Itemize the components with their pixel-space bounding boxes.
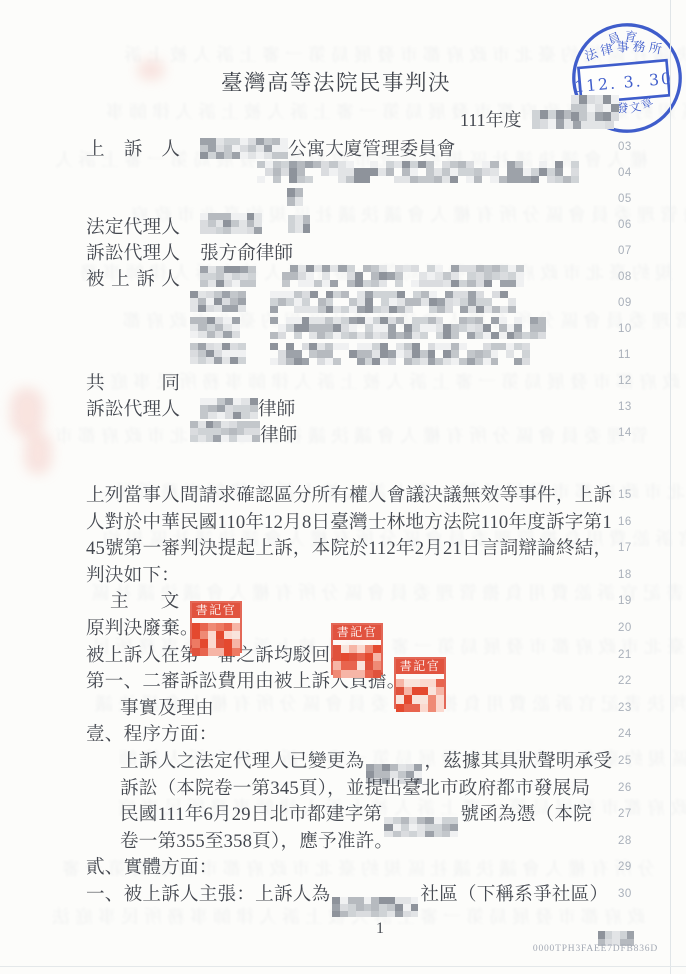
redacted-appellant-name	[200, 138, 288, 159]
party-row-legal-rep: 法定代理人	[86, 213, 310, 239]
body-line: 45號第一審判決提起上訴，本院於112年2月21日言詞辯論終結，	[86, 534, 612, 560]
line-number: 12	[618, 375, 644, 387]
lawyer-suffix: 律師	[260, 421, 297, 447]
party-row-joint-counsel2: 律師	[190, 421, 297, 447]
main-text-heading: 主 文	[86, 587, 179, 613]
line-number: 18	[618, 569, 644, 581]
redacted-address	[257, 161, 579, 183]
ink-bleed-spot	[10, 388, 44, 436]
party-role-label: 訴訟代理人	[86, 239, 180, 265]
redacted-appellee-address	[270, 317, 546, 339]
body-line: 上列當事人間請求確認區分所有權人會議決議無效等事件，上訴	[86, 481, 612, 507]
clerk-seal-stamp: 書記官	[190, 601, 242, 653]
line-number: 10	[618, 323, 644, 335]
line-number: 09	[618, 297, 644, 309]
redacted-stamp-text	[571, 95, 619, 121]
party-row-address	[257, 161, 579, 183]
party-row-joint-counsel: 訴訟代理人 律師	[86, 395, 295, 421]
redacted-clerk-name	[192, 623, 240, 656]
redacted-appellee-name	[190, 291, 246, 312]
line-number: 25	[618, 755, 644, 767]
line-number: 27	[618, 808, 644, 820]
party-role-label: 法定代理人	[86, 213, 180, 239]
ink-bleed-spot	[24, 432, 52, 474]
line-number: 04	[618, 167, 644, 179]
scan-edge-vertical	[670, 0, 671, 974]
clerk-seal-stamp: 書記官	[331, 623, 383, 675]
line-number: 29	[618, 861, 644, 873]
judgment-line: 原判決廢棄。	[86, 614, 199, 640]
body-line: 判決如下：	[86, 561, 180, 587]
clerk-seal-title: 書記官	[396, 659, 444, 674]
page-number: 1	[370, 920, 390, 938]
line-number: 03	[618, 141, 644, 153]
party-role-label: 上訴人	[86, 135, 180, 161]
clerk-seal-stamp: 書記官	[394, 657, 446, 709]
section-heading: 壹、程序方面：	[86, 720, 218, 746]
line-number: 28	[618, 835, 644, 847]
scanned-judgment-page: 議決議社區規約臺北市政府都市發展局第一審上訴人被上訴區規約臺北市政府都市發展局第…	[0, 0, 686, 974]
line-number: 15	[618, 489, 644, 501]
redacted-appellee-name	[190, 317, 240, 338]
line-number: 30	[618, 888, 644, 900]
body-line: 卷一第355至358頁），應予准許。	[120, 827, 393, 853]
redacted-doc-number	[384, 817, 458, 837]
line-number: 17	[618, 542, 644, 554]
body-line: 一、被上訴人主張：上訴人為社區（下稱系爭社區）	[86, 880, 608, 917]
redacted-appellee-address	[282, 265, 532, 287]
line-number: 22	[618, 675, 644, 687]
redacted-rep-name	[200, 213, 262, 234]
scan-edge-horizontal	[0, 966, 686, 967]
line-number: 20	[618, 622, 644, 634]
line-number: 06	[618, 219, 644, 231]
party-row-counsel: 訴訟代理人 張方俞律師	[86, 239, 293, 265]
line-number: 19	[618, 595, 644, 607]
line-number: 24	[618, 728, 644, 740]
party-row-appellee: 被上訴人	[86, 265, 532, 291]
party-row-appellee4	[190, 343, 530, 365]
party-role-label: 訴訟代理人	[86, 395, 180, 421]
redacted-appellee-address	[270, 343, 530, 365]
redacted-community-name	[332, 897, 418, 917]
redacted-lawyer-name	[190, 421, 260, 442]
party-row-address2	[287, 188, 303, 206]
lawyer-suffix: 律師	[258, 395, 295, 421]
redacted-clerk-name	[333, 645, 381, 678]
counsel-name: 張方俞律師	[200, 239, 293, 265]
party-row-appellee2	[190, 291, 516, 313]
case-number-prefix: 111年度	[460, 106, 522, 132]
party-row-appellee3	[190, 317, 546, 339]
clerk-seal-title: 書記官	[333, 625, 381, 640]
party-row-appellant: 上訴人 公寓大廈管理委員會	[86, 135, 455, 161]
line-number: 21	[618, 649, 644, 661]
redacted-appellee-name	[190, 343, 246, 364]
line-number: 16	[618, 516, 644, 528]
line-number: 13	[618, 401, 644, 413]
redacted-lawyer-name	[200, 398, 258, 419]
bleedthrough-line: 管理委員會區分所有權人會議決議社區規約臺北市政府都市	[50, 422, 648, 448]
line-number: 08	[618, 271, 644, 283]
line-number: 26	[618, 782, 644, 794]
redacted-text	[287, 188, 303, 206]
clerk-seal-title: 書記官	[192, 603, 240, 618]
redacted-appellee-name	[200, 266, 256, 287]
redacted-appellee-address	[270, 291, 516, 313]
body-line: 訴訟（本院卷一第345頁），並提出臺北市政府都市發展局	[120, 774, 590, 800]
section-heading: 貳、實體方面：	[86, 853, 218, 879]
appellant-org-name: 公寓大廈管理委員會	[288, 135, 455, 161]
facts-heading: 事實及理由	[120, 694, 214, 720]
line-number: 05	[618, 193, 644, 205]
document-title: 臺灣高等法院民事判決	[0, 66, 672, 97]
body-line: 人對於中華民國110年12月8日臺灣士林地方法院110年度訴字第1	[86, 508, 612, 534]
party-row-joint: 共同	[86, 369, 200, 395]
line-number: 14	[618, 427, 644, 439]
redacted-text	[288, 215, 310, 233]
line-number: 23	[618, 702, 644, 714]
party-role-label: 被上訴人	[86, 265, 180, 291]
line-number: 11	[618, 349, 644, 361]
party-role-label: 共同	[86, 369, 180, 395]
document-id: 0000TPH3FAEE7DFB836D	[508, 944, 658, 954]
redacted-clerk-name	[396, 679, 444, 712]
line-number: 07	[618, 245, 644, 257]
